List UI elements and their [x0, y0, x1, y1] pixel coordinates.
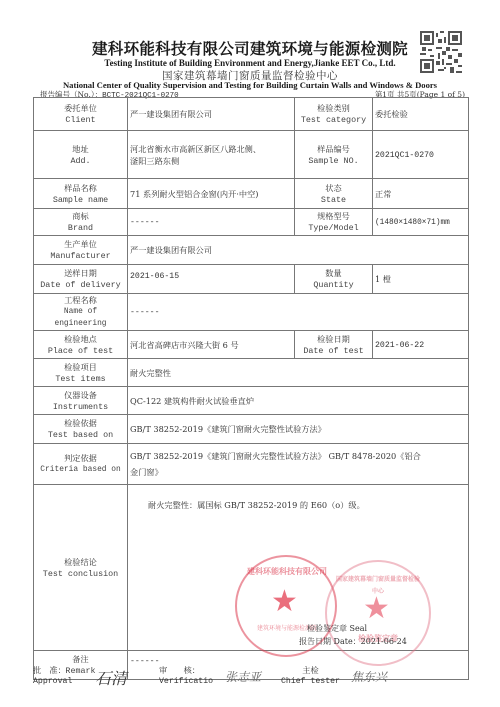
- instruments-value: QC-122 建筑构件耐火试验垂直炉: [128, 387, 469, 415]
- date-of-test-label: 检验日期Date of test: [295, 331, 373, 359]
- table-row-address: 地址Add. 河北省衡水市高新区新区八路北侧、滏阳三路东侧 样品编号Sample…: [34, 131, 469, 179]
- seal-label: 检验鉴定章 Seal: [307, 623, 367, 635]
- report-info-table: 委托单位Client 严一建设集团有限公司 检验类别Test category …: [33, 97, 469, 680]
- quantity-label: 数量Quantity: [295, 265, 373, 294]
- report-date: 报告日期 Date：2021-06-24: [299, 636, 407, 648]
- client-value: 严一建设集团有限公司: [128, 98, 295, 131]
- quantity-value: 1 樘: [373, 265, 469, 294]
- approval-signature: 石清: [95, 666, 127, 689]
- brand-value: ------: [128, 209, 295, 236]
- center-seal: 国家建筑幕墙门窗质量监督检验中心 ★ 检验鉴定章: [325, 560, 431, 666]
- address-label: 地址Add.: [34, 131, 128, 179]
- test-based-on-value: GB/T 38252-2019《建筑门窗耐火完整性试验方法》: [128, 415, 469, 444]
- test-items-value: 耐火完整性: [128, 359, 469, 387]
- conclusion-text: 耐火完整性：属国标 GB/T 38252-2019 的 E60（o）级。: [148, 499, 365, 511]
- table-row-brand: 商标Brand ------ 规格型号Type/Model (1480×1480…: [34, 209, 469, 236]
- company-seal-text: 建科环能科技有限公司: [247, 565, 327, 577]
- table-row-test-basis: 检验依据Test based on GB/T 38252-2019《建筑门窗耐火…: [34, 415, 469, 444]
- table-row-conclusion: 检验结论Test conclusion 耐火完整性：属国标 GB/T 38252…: [34, 485, 469, 651]
- sample-no-label: 样品编号Sample NO.: [295, 131, 373, 179]
- brand-label: 商标Brand: [34, 209, 128, 236]
- table-row-delivery: 送样日期Date of delivery 2021-06-15 数量Quanti…: [34, 265, 469, 294]
- manufacturer-value: 严一建设集团有限公司: [128, 236, 469, 265]
- sample-no-value: 2021QC1-0270: [373, 131, 469, 179]
- test-category-label: 检验类别Test category: [295, 98, 373, 131]
- table-row-test-items: 检验项目Test items 耐火完整性: [34, 359, 469, 387]
- place-of-test-label: 检验地点Place of test: [34, 331, 128, 359]
- test-based-on-label: 检验依据Test based on: [34, 415, 128, 444]
- signature-row: 批 准：Approval 石清 审 核：Verificatio 张志亚 主检Ch…: [33, 664, 468, 694]
- table-row-client: 委托单位Client 严一建设集团有限公司 检验类别Test category …: [34, 98, 469, 131]
- type-model-label: 规格型号Type/Model: [295, 209, 373, 236]
- criteria-label: 判定依据Criteria based on: [34, 444, 128, 485]
- verification-signature: 张志亚: [225, 668, 261, 685]
- center-seal-star-icon: ★: [363, 594, 390, 624]
- table-row-criteria: 判定依据Criteria based on GB/T 38252-2019《建筑…: [34, 444, 469, 485]
- state-value: 正常: [373, 179, 469, 209]
- conclusion-label: 检验结论Test conclusion: [34, 485, 128, 651]
- state-label: 状态State: [295, 179, 373, 209]
- type-model-value: (1480×1480×71)mm: [373, 209, 469, 236]
- verification-label: 审 核：Verificatio: [159, 664, 213, 688]
- approval-label: 批 准：Approval: [33, 664, 72, 688]
- test-items-label: 检验项目Test items: [34, 359, 128, 387]
- delivery-date-value: 2021-06-15: [128, 265, 295, 294]
- delivery-date-label: 送样日期Date of delivery: [34, 265, 128, 294]
- table-row-instruments: 仪器设备Instruments QC-122 建筑构件耐火试验垂直炉: [34, 387, 469, 415]
- chief-tester-signature: 焦东兴: [351, 668, 387, 685]
- test-category-value: 委托检验: [373, 98, 469, 131]
- chief-tester-label: 主检Chief tester: [281, 664, 340, 688]
- sample-name-label: 样品名称Sample name: [34, 179, 128, 209]
- place-of-test-value: 河北省高碑店市兴隆大街 6 号: [128, 331, 295, 359]
- table-row-place: 检验地点Place of test 河北省高碑店市兴隆大街 6 号 检验日期Da…: [34, 331, 469, 359]
- table-row-sample-name: 样品名称Sample name 71 系列耐火型铝合金窗(内开·中空) 状态St…: [34, 179, 469, 209]
- sample-name-value: 71 系列耐火型铝合金窗(内开·中空): [128, 179, 295, 209]
- address-value: 河北省衡水市高新区新区八路北侧、滏阳三路东侧: [128, 131, 295, 179]
- instruments-label: 仪器设备Instruments: [34, 387, 128, 415]
- table-row-engineering: 工程名称Name of engineering ------: [34, 294, 469, 331]
- engineering-value: ------: [128, 294, 469, 331]
- manufacturer-label: 生产单位Manufacturer: [34, 236, 128, 265]
- date-of-test-value: 2021-06-22: [373, 331, 469, 359]
- engineering-label: 工程名称Name of engineering: [34, 294, 128, 331]
- client-label: 委托单位Client: [34, 98, 128, 131]
- table-row-manufacturer: 生产单位Manufacturer 严一建设集团有限公司: [34, 236, 469, 265]
- criteria-value: GB/T 38252-2019《建筑门窗耐火完整性试验方法》 GB/T 8478…: [128, 444, 469, 485]
- company-seal-star-icon: ★: [271, 587, 298, 617]
- qr-code-icon: [420, 31, 462, 73]
- conclusion-value-cell: 耐火完整性：属国标 GB/T 38252-2019 的 E60（o）级。 建科环…: [128, 485, 469, 651]
